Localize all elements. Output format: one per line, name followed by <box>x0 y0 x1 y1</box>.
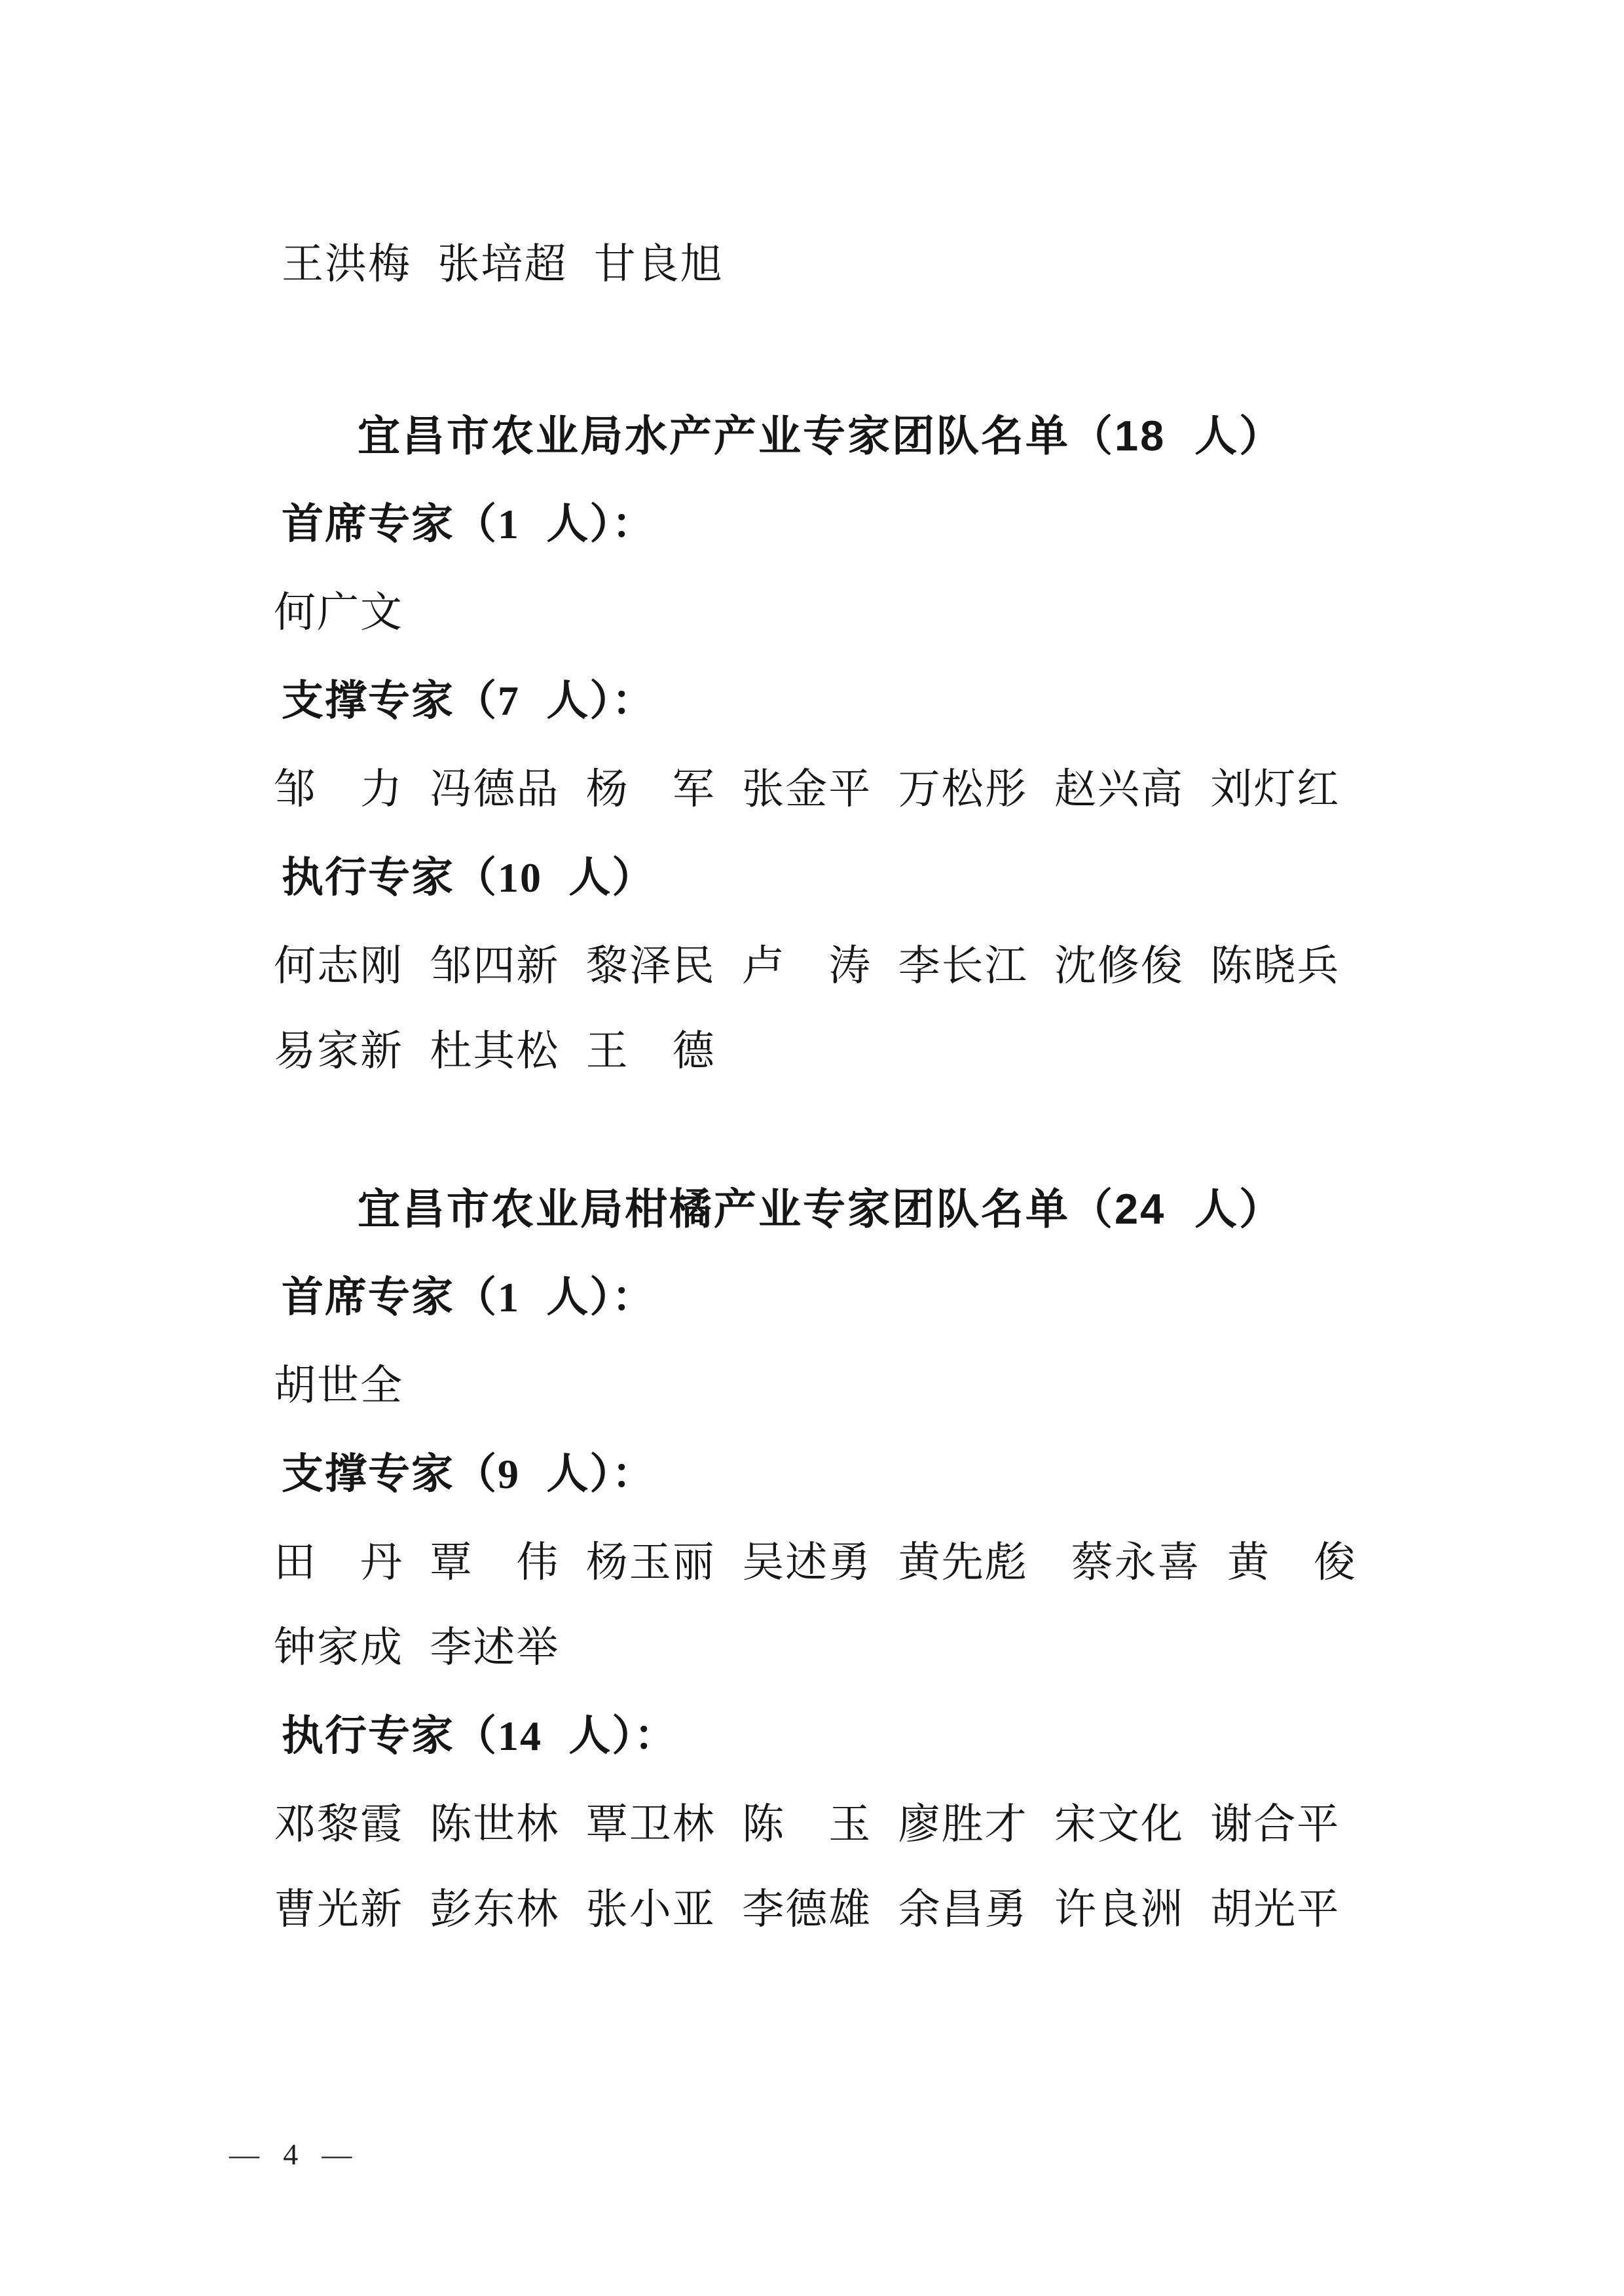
aquatic-chief-expert-names: 何广文 <box>274 592 1387 634</box>
aquatic-exec-expert-names-line2: 易家新 杜其松 王 德 <box>274 1030 1387 1072</box>
citrus-support-expert-names-line1: 田 丹 覃 伟 杨玉丽 吴述勇 黄先彪 蔡永喜 黄 俊 <box>274 1542 1387 1584</box>
citrus-chief-expert-label: 首席专家（1 人）： <box>282 1277 1387 1319</box>
aquatic-support-expert-label: 支撑专家（7 人）： <box>282 680 1387 722</box>
page-number: — 4 — <box>229 2140 353 2170</box>
citrus-chief-expert-names: 胡世全 <box>274 1365 1387 1407</box>
aquatic-chief-expert-label: 首席专家（1 人）： <box>282 503 1387 545</box>
document-body: 王洪梅 张培超 甘良旭 宜昌市农业局水产产业专家团队名单（18 人） 首席专家（… <box>274 244 1387 1931</box>
aquatic-exec-expert-names-line1: 何志刚 邹四新 黎泽民 卢 涛 李长江 沈修俊 陈晓兵 <box>274 945 1387 987</box>
section-title-citrus: 宜昌市农业局柑橘产业专家团队名单（24 人） <box>358 1188 1387 1230</box>
citrus-support-expert-label: 支撑专家（9 人）： <box>282 1453 1387 1495</box>
citrus-support-expert-names-line2: 钟家成 李述举 <box>274 1627 1387 1669</box>
section-title-aquatic: 宜昌市农业局水产产业专家团队名单（18 人） <box>358 414 1387 457</box>
citrus-exec-expert-names-line1: 邓黎霞 陈世林 覃卫林 陈 玉 廖胜才 宋文化 谢合平 <box>274 1804 1387 1846</box>
intro-names-line: 王洪梅 张培超 甘良旭 <box>282 244 1387 285</box>
document-page: 王洪梅 张培超 甘良旭 宜昌市农业局水产产业专家团队名单（18 人） 首席专家（… <box>0 0 1624 2296</box>
aquatic-support-expert-names: 邹 力 冯德品 杨 军 张金平 万松彤 赵兴高 刘灯红 <box>274 769 1387 811</box>
citrus-exec-expert-names-line2: 曹光新 彭东林 张小亚 李德雄 余昌勇 许良洲 胡光平 <box>274 1889 1387 1931</box>
aquatic-exec-expert-label: 执行专家（10 人） <box>282 857 1387 899</box>
citrus-exec-expert-label: 执行专家（14 人）： <box>282 1715 1387 1757</box>
